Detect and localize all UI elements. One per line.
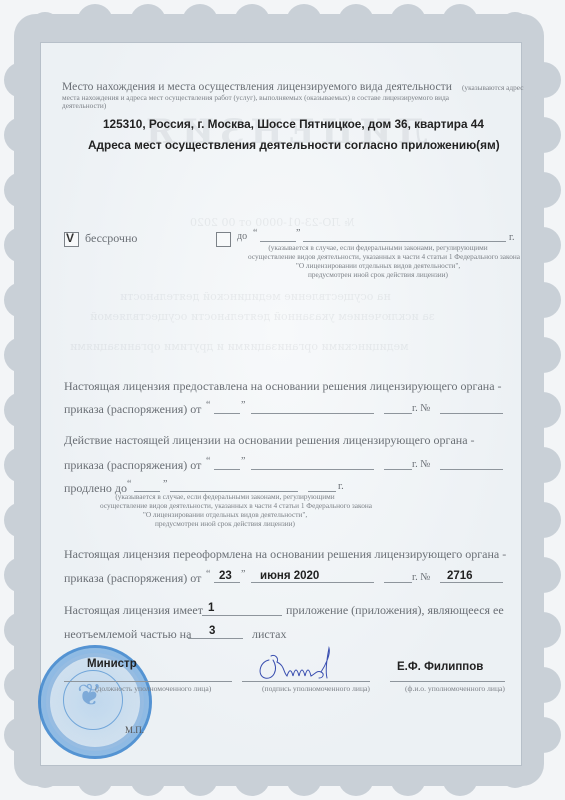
- indefinite-checkbox[interactable]: V: [64, 232, 79, 247]
- attachments-count: 1: [208, 602, 214, 614]
- extended-number-field[interactable]: [440, 469, 503, 470]
- reissued-month-year: июня 2020: [260, 570, 319, 582]
- until-date-field[interactable]: [303, 241, 506, 242]
- attachments-prefix: Настоящая лицензия имеет: [64, 603, 203, 618]
- granted-date-field[interactable]: [251, 413, 374, 414]
- signatory-name: Е.Ф. Филиппов: [397, 661, 483, 673]
- reissued-line-1: Настоящая лицензия переоформлена на осно…: [64, 547, 506, 562]
- until-checkbox[interactable]: [216, 232, 231, 247]
- location-note-2: места нахождения и адреса мест осуществл…: [62, 93, 449, 102]
- name-caption: (ф.и.о. уполномоченного лица): [405, 684, 505, 693]
- check-mark-icon: V: [66, 231, 74, 245]
- signatory-position: Министр: [87, 658, 137, 670]
- handwritten-signature: [255, 646, 345, 686]
- reissued-number: 2716: [447, 570, 473, 582]
- granted-day-field[interactable]: [214, 413, 240, 414]
- reissued-day: 23: [219, 570, 232, 582]
- granted-order-prefix: приказа (распоряжения) от: [64, 402, 201, 417]
- indefinite-label: бессрочно: [85, 231, 137, 246]
- until-note: (указывается в случае, если федеральными…: [248, 243, 508, 279]
- attachments-sheets: 3: [209, 625, 215, 637]
- extended-day-field[interactable]: [214, 469, 240, 470]
- extended-line-1: Действие настоящей лицензии на основании…: [64, 433, 475, 448]
- position-caption: (должность уполномоченного лица): [95, 684, 211, 693]
- until-label: до: [237, 231, 247, 242]
- attachments-suffix: приложение (приложения), являющееся ее: [286, 603, 504, 618]
- granted-line-1: Настоящая лицензия предоставлена на осно…: [64, 379, 502, 394]
- extended-order-prefix: приказа (распоряжения) от: [64, 458, 201, 473]
- extended-note: (указывается в случае, если федеральными…: [100, 492, 350, 528]
- attachments-line-2: неотъемлемой частью на: [64, 627, 191, 642]
- location-heading: Место нахождения и места осуществления л…: [62, 80, 452, 93]
- extended-date-field[interactable]: [251, 469, 374, 470]
- activity-places: Адреса мест осуществления деятельности с…: [88, 138, 500, 152]
- reissued-order-prefix: приказа (распоряжения) от: [64, 571, 201, 586]
- signature-caption: (подпись уполномоченного лица): [262, 684, 370, 693]
- license-page: ЛИЦЕНЗИЯ № ЛО-23-01-0000 от 00 2020 на о…: [0, 0, 565, 800]
- until-day-field[interactable]: [260, 241, 296, 242]
- seal-place-label: М.П.: [125, 726, 144, 735]
- location-note-1: (указываются адрес: [462, 83, 523, 92]
- location-note-3: деятельности): [62, 101, 106, 110]
- license-address: 125310, Россия, г. Москва, Шоссе Пятницк…: [103, 117, 484, 131]
- granted-number-field[interactable]: [440, 413, 503, 414]
